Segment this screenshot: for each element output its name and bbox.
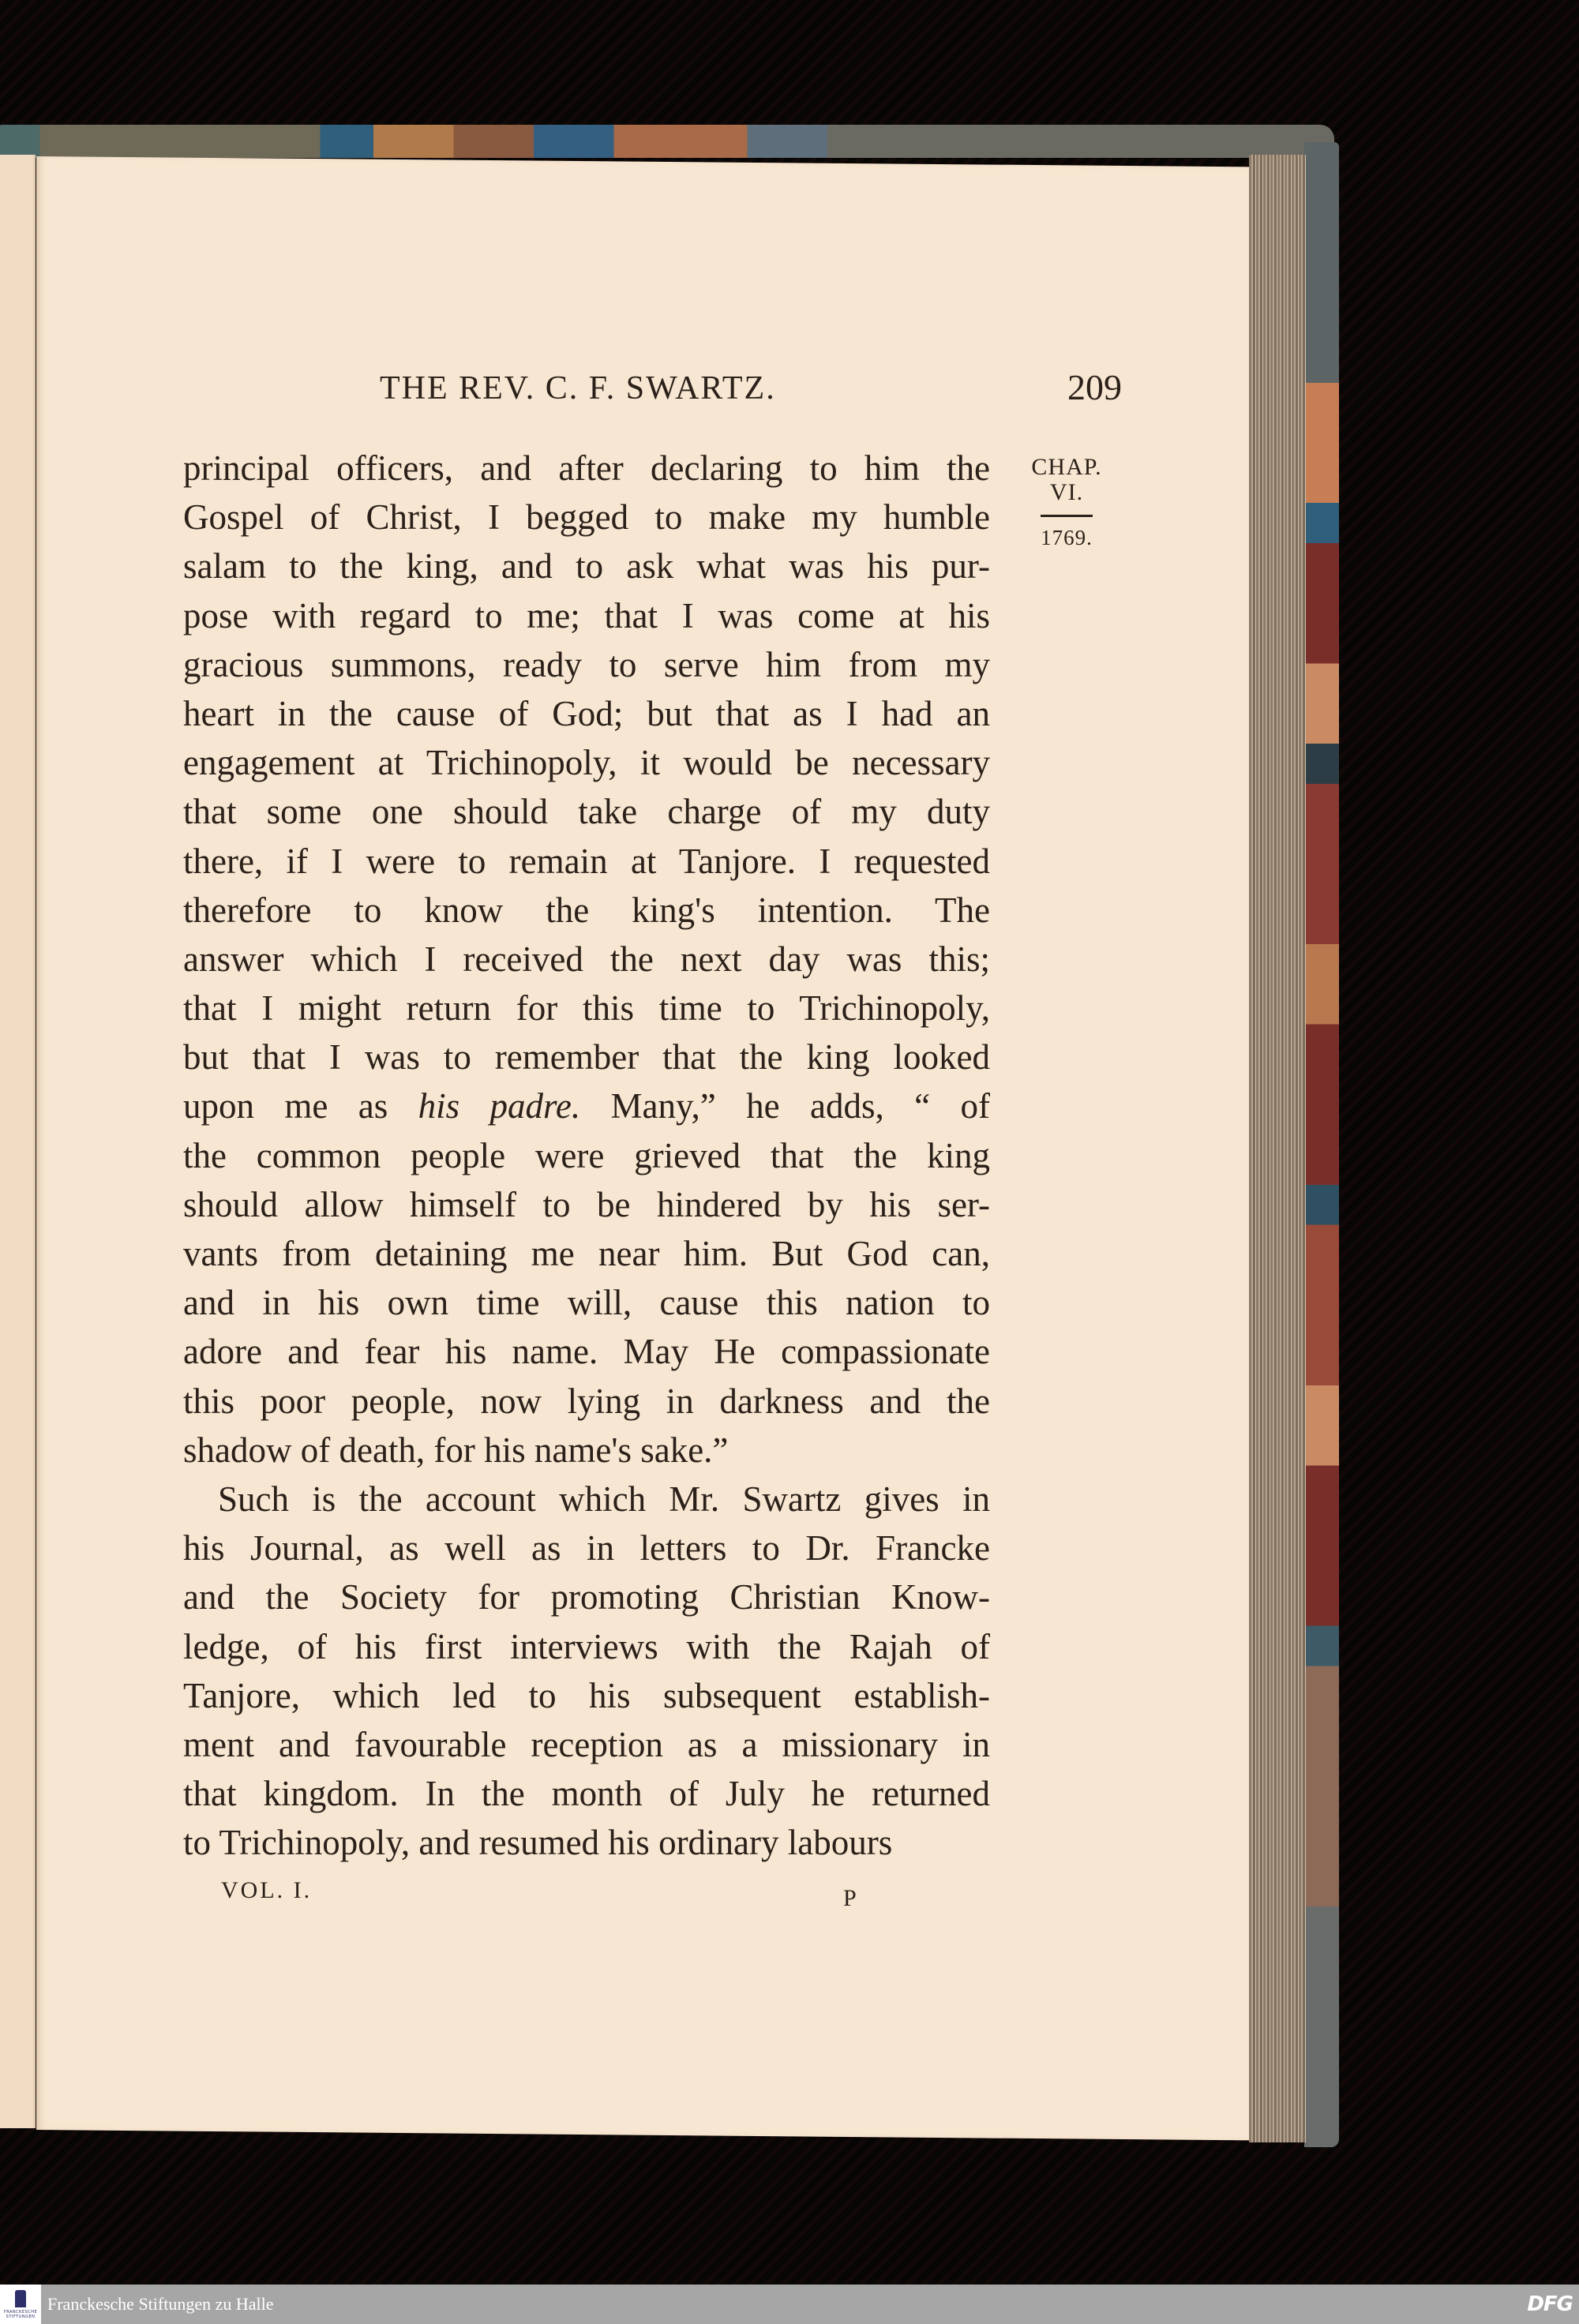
text-line: answer which I received the next day was… [183, 935, 990, 984]
text-line: ment and favourable reception as a missi… [183, 1720, 990, 1769]
margin-note: CHAP. VI. 1769. [1018, 455, 1115, 550]
text-line: and the Society for promoting Christian … [183, 1572, 990, 1621]
page-number: 209 [1067, 366, 1122, 408]
facing-page-sliver [0, 155, 36, 2128]
margin-rule [1041, 515, 1093, 517]
text-line: Such is the account which Mr. Swartz giv… [183, 1475, 990, 1524]
text-line: that kingdom. In the month of July he re… [183, 1769, 990, 1818]
text-line: adore and fear his name. May He compassi… [183, 1327, 990, 1376]
text-line: should allow himself to be hindered by h… [183, 1180, 990, 1229]
book-cover-top-edge [0, 125, 1334, 158]
book-cover-marbled-edge [1304, 142, 1339, 2147]
chapter-label: CHAP. [1018, 455, 1115, 480]
logo-text-line2: STIFTUNGEN [6, 2315, 36, 2319]
text-line: upon me as his padre. Many,” he adds, “ … [183, 1081, 990, 1130]
text-line: gracious summons, ready to serve him fro… [183, 640, 990, 689]
text-line: Tanjore, which led to his subsequent est… [183, 1671, 990, 1720]
institution-logo[interactable]: FRANCKESCHE STIFTUNGEN [0, 2285, 41, 2324]
text-line: the common people were grieved that the … [183, 1131, 990, 1180]
text-line: principal officers, and after declaring … [183, 444, 990, 493]
institution-name: Franckesche Stiftungen zu Halle [47, 2294, 274, 2315]
page-block-edges [1249, 155, 1306, 2142]
text-line: heart in the cause of God; but that as I… [183, 689, 990, 738]
text-line: this poor people, now lying in darkness … [183, 1377, 990, 1426]
text-line: vants from detaining me near him. But Go… [183, 1229, 990, 1278]
text-line: that I might return for this time to Tri… [183, 984, 990, 1033]
signature-letter: P [843, 1885, 857, 1912]
text-line: his Journal, as well as in letters to Dr… [183, 1524, 990, 1572]
running-head: THE REV. C. F. SWARTZ. [380, 369, 776, 407]
text-line: Gospel of Christ, I begged to make my hu… [183, 493, 990, 542]
italic-phrase: his padre. [418, 1086, 580, 1126]
text-line: and in his own time will, cause this nat… [183, 1278, 990, 1327]
body-text: principal officers, and after declaring … [183, 444, 990, 1867]
text-line: there, if I were to remain at Tanjore. I… [183, 837, 990, 886]
margin-year: 1769. [1018, 525, 1115, 550]
text-line: engagement at Trichinopoly, it would be … [183, 738, 990, 787]
text-line: ledge, of his first interviews with the … [183, 1622, 990, 1671]
footer-bar: FRANCKESCHE STIFTUNGEN Franckesche Stift… [0, 2285, 1579, 2324]
chapter-number: VI. [1018, 480, 1115, 505]
text-line: therefore to know the king's intention. … [183, 886, 990, 935]
text-line: pose with regard to me; that I was come … [183, 591, 990, 640]
text-line: but that I was to remember that the king… [183, 1033, 990, 1081]
text-line: salam to the king, and to ask what was h… [183, 542, 990, 590]
text-line: shadow of death, for his name's sake.” [183, 1426, 990, 1475]
orphan-statue-icon [15, 2290, 26, 2307]
dfg-logo[interactable]: DFG [1527, 2292, 1573, 2316]
text-line: to Trichinopoly, and resumed his ordinar… [183, 1818, 990, 1867]
signature-volume: VOL. I. [221, 1877, 312, 1904]
text-line: that some one should take charge of my d… [183, 787, 990, 836]
